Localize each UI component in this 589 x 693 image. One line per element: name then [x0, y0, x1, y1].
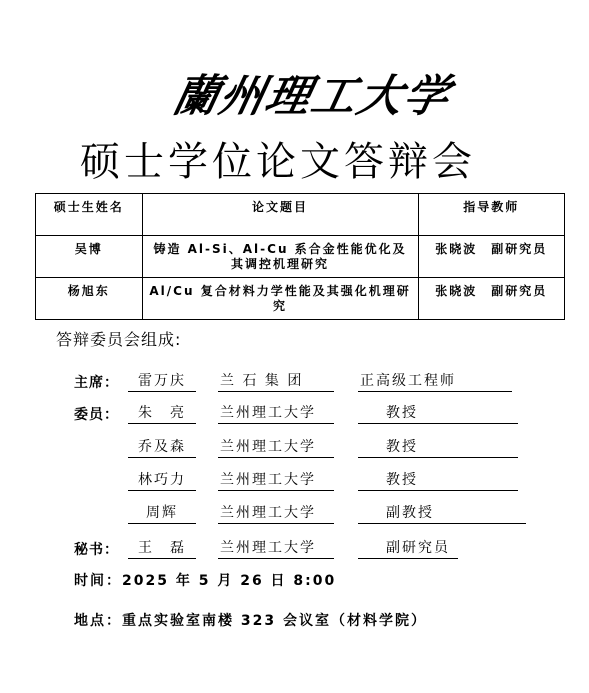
member-org: 兰 石 集 团 — [218, 370, 334, 392]
member-title: 副教授 — [358, 502, 526, 524]
committee-member: 秘书： 王 磊 兰州理工大学 副研究员 — [74, 537, 458, 559]
advisor: 张晓波 副研究员 — [418, 236, 564, 278]
committee-member: 周辉 兰州理工大学 副教授 — [74, 502, 526, 524]
member-name: 林巧力 — [128, 469, 196, 491]
committee-heading: 答辩委员会组成: — [56, 327, 181, 350]
thesis-table: 硕士生姓名 论文题目 指导教师 吴博 铸造 Al-Si、Al-Cu 系合金性能优… — [35, 193, 565, 320]
university-logo-calligraphy: 蘭 州 理 工 大 学 — [169, 62, 422, 122]
member-org: 兰州理工大学 — [218, 502, 334, 524]
member-name: 王 磊 — [128, 537, 196, 559]
member-title: 教授 — [358, 436, 518, 458]
time-value: 2025 年 5 月 26 日 8:00 — [122, 573, 336, 589]
header-student: 硕士生姓名 — [36, 194, 143, 236]
table-row: 杨旭东 Al/Cu 复合材料力学性能及其强化机理研究 张晓波 副研究员 — [36, 278, 565, 320]
member-title: 正高级工程师 — [358, 370, 512, 392]
member-name: 朱 亮 — [128, 402, 196, 424]
role-label: 委员： — [74, 404, 128, 424]
committee-member: 委员： 朱 亮 兰州理工大学 教授 — [74, 402, 518, 424]
defense-place: 地点：重点实验室南楼 323 会议室（材料学院） — [74, 610, 427, 630]
table-row: 吴博 铸造 Al-Si、Al-Cu 系合金性能优化及其调控机理研究 张晓波 副研… — [36, 236, 565, 278]
committee-member: 主席： 雷万庆 兰 石 集 团 正高级工程师 — [74, 370, 512, 392]
member-title: 副研究员 — [358, 537, 458, 559]
committee-member: 乔及森 兰州理工大学 教授 — [74, 436, 518, 458]
thesis-topic: 铸造 Al-Si、Al-Cu 系合金性能优化及其调控机理研究 — [142, 236, 418, 278]
role-label: 主席： — [74, 372, 128, 392]
student-name: 杨旭东 — [36, 278, 143, 320]
student-name: 吴博 — [36, 236, 143, 278]
committee-member: 林巧力 兰州理工大学 教授 — [74, 469, 518, 491]
member-org: 兰州理工大学 — [218, 402, 334, 424]
member-title: 教授 — [358, 402, 518, 424]
thesis-topic: Al/Cu 复合材料力学性能及其强化机理研究 — [142, 278, 418, 320]
member-title: 教授 — [358, 469, 518, 491]
advisor: 张晓波 副研究员 — [418, 278, 564, 320]
role-label: 秘书： — [74, 539, 128, 559]
member-org: 兰州理工大学 — [218, 436, 334, 458]
defense-time: 时间：2025 年 5 月 26 日 8:00 — [74, 570, 336, 590]
page-title: 硕士学位论文答辩会 — [80, 130, 520, 187]
time-label: 时间： — [74, 573, 122, 589]
header-topic: 论文题目 — [142, 194, 418, 236]
header-advisor: 指导教师 — [418, 194, 564, 236]
member-name: 周辉 — [128, 502, 196, 524]
member-org: 兰州理工大学 — [218, 537, 334, 559]
place-label: 地点： — [74, 613, 122, 629]
place-value: 重点实验室南楼 323 会议室（材料学院） — [122, 613, 427, 629]
table-header-row: 硕士生姓名 论文题目 指导教师 — [36, 194, 565, 236]
member-org: 兰州理工大学 — [218, 469, 334, 491]
member-name: 雷万庆 — [128, 370, 196, 392]
member-name: 乔及森 — [128, 436, 196, 458]
